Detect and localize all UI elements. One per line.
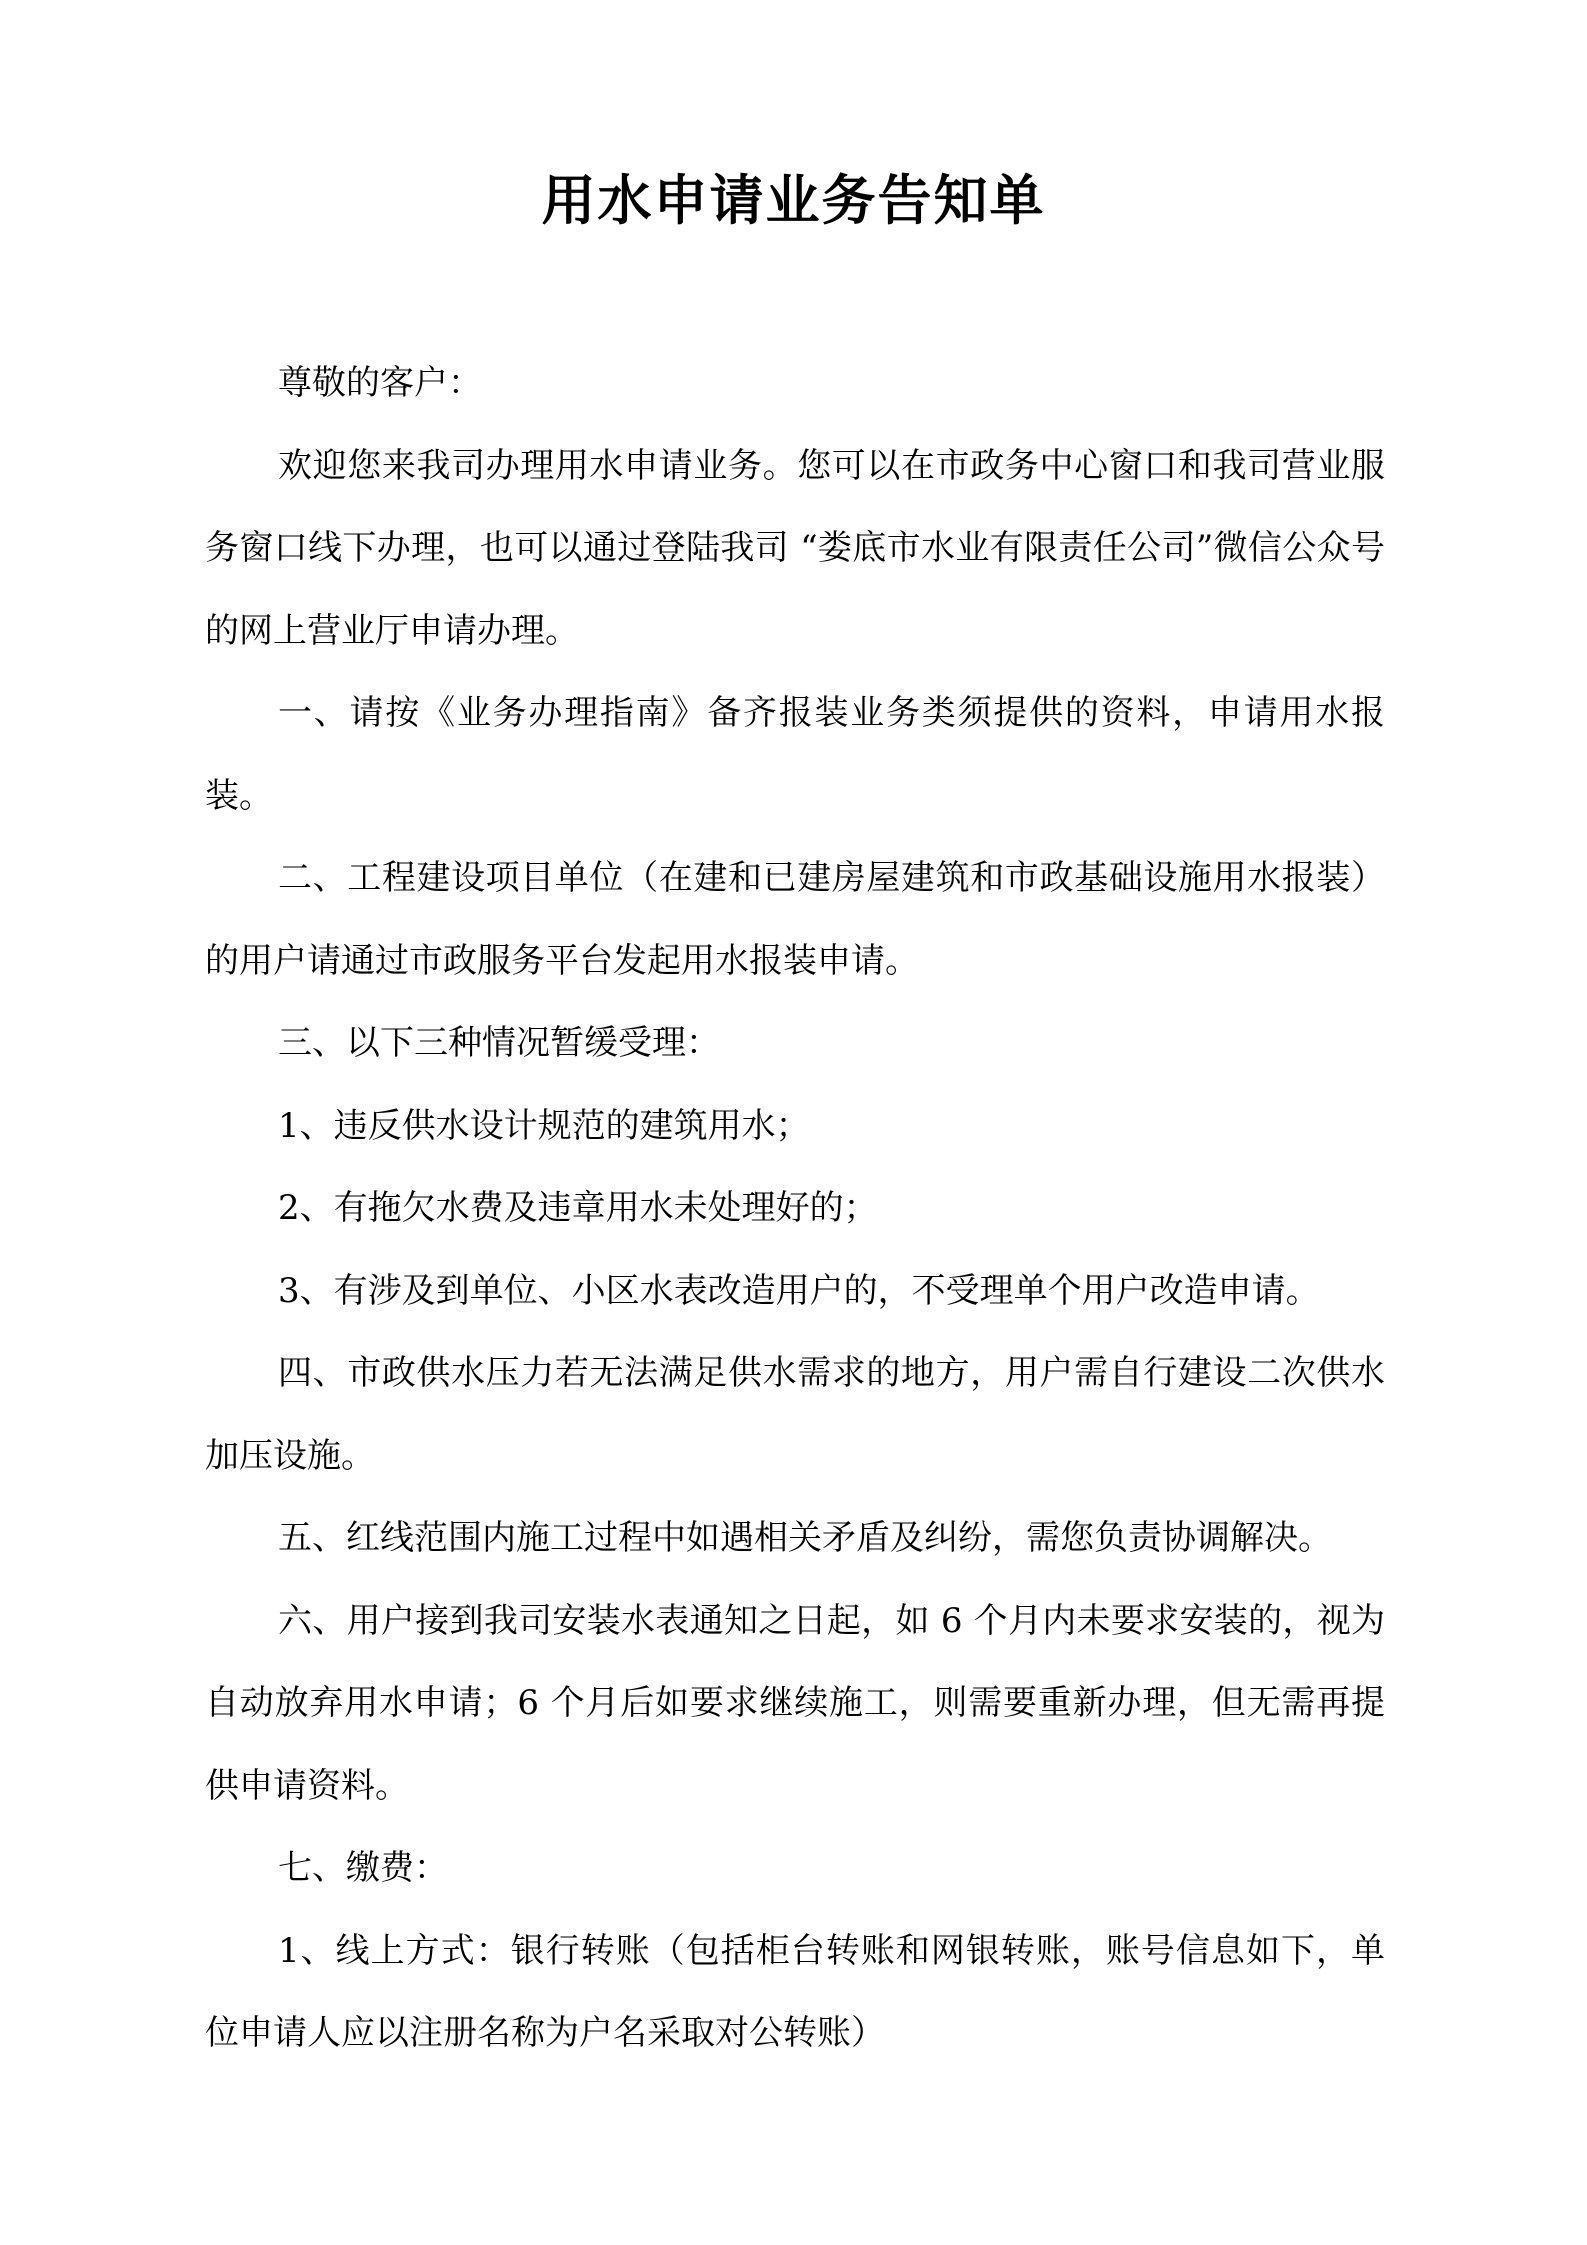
item-3-deferred-cases-heading: 三、以下三种情况暂缓受理：	[205, 1002, 1385, 1085]
document-page: 用水申请业务告知单 尊敬的客户： 欢迎您来我司办理用水申请业务。您可以在市政务中…	[0, 0, 1587, 2245]
item-5-disputes: 五、红线范围内施工过程中如遇相关矛盾及纠纷，需您负责协调解决。	[205, 1497, 1385, 1580]
salutation: 尊敬的客户：	[205, 342, 1385, 425]
item-3-case-3: 3、有涉及到单位、小区水表改造用户的，不受理单个用户改造申请。	[205, 1250, 1385, 1333]
item-7-payment-heading: 七、缴费：	[205, 1827, 1385, 1910]
item-4-pressure: 四、市政供水压力若无法满足供水需求的地方，用户需自行建设二次供水加压设施。	[205, 1332, 1385, 1497]
item-3-case-2: 2、有拖欠水费及违章用水未处理好的；	[205, 1167, 1385, 1250]
item-3-case-1: 1、违反供水设计规范的建筑用水；	[205, 1085, 1385, 1168]
document-body: 尊敬的客户： 欢迎您来我司办理用水申请业务。您可以在市政务中心窗口和我司营业服务…	[205, 342, 1385, 2075]
intro-paragraph: 欢迎您来我司办理用水申请业务。您可以在市政务中心窗口和我司营业服务窗口线下办理，…	[205, 425, 1385, 673]
item-6-installation-deadline: 六、用户接到我司安装水表通知之日起，如 6 个月内未要求安装的，视为自动放弃用水…	[205, 1580, 1385, 1828]
item-1-guide: 一、请按《业务办理指南》备齐报装业务类须提供的资料，申请用水报装。	[205, 672, 1385, 837]
item-7-payment-online: 1、线上方式：银行转账（包括柜台转账和网银转账，账号信息如下，单位申请人应以注册…	[205, 1910, 1385, 2075]
document-title: 用水申请业务告知单	[0, 160, 1587, 240]
item-2-construction-units: 二、工程建设项目单位（在建和已建房屋建筑和市政基础设施用水报装）的用户请通过市政…	[205, 837, 1385, 1002]
